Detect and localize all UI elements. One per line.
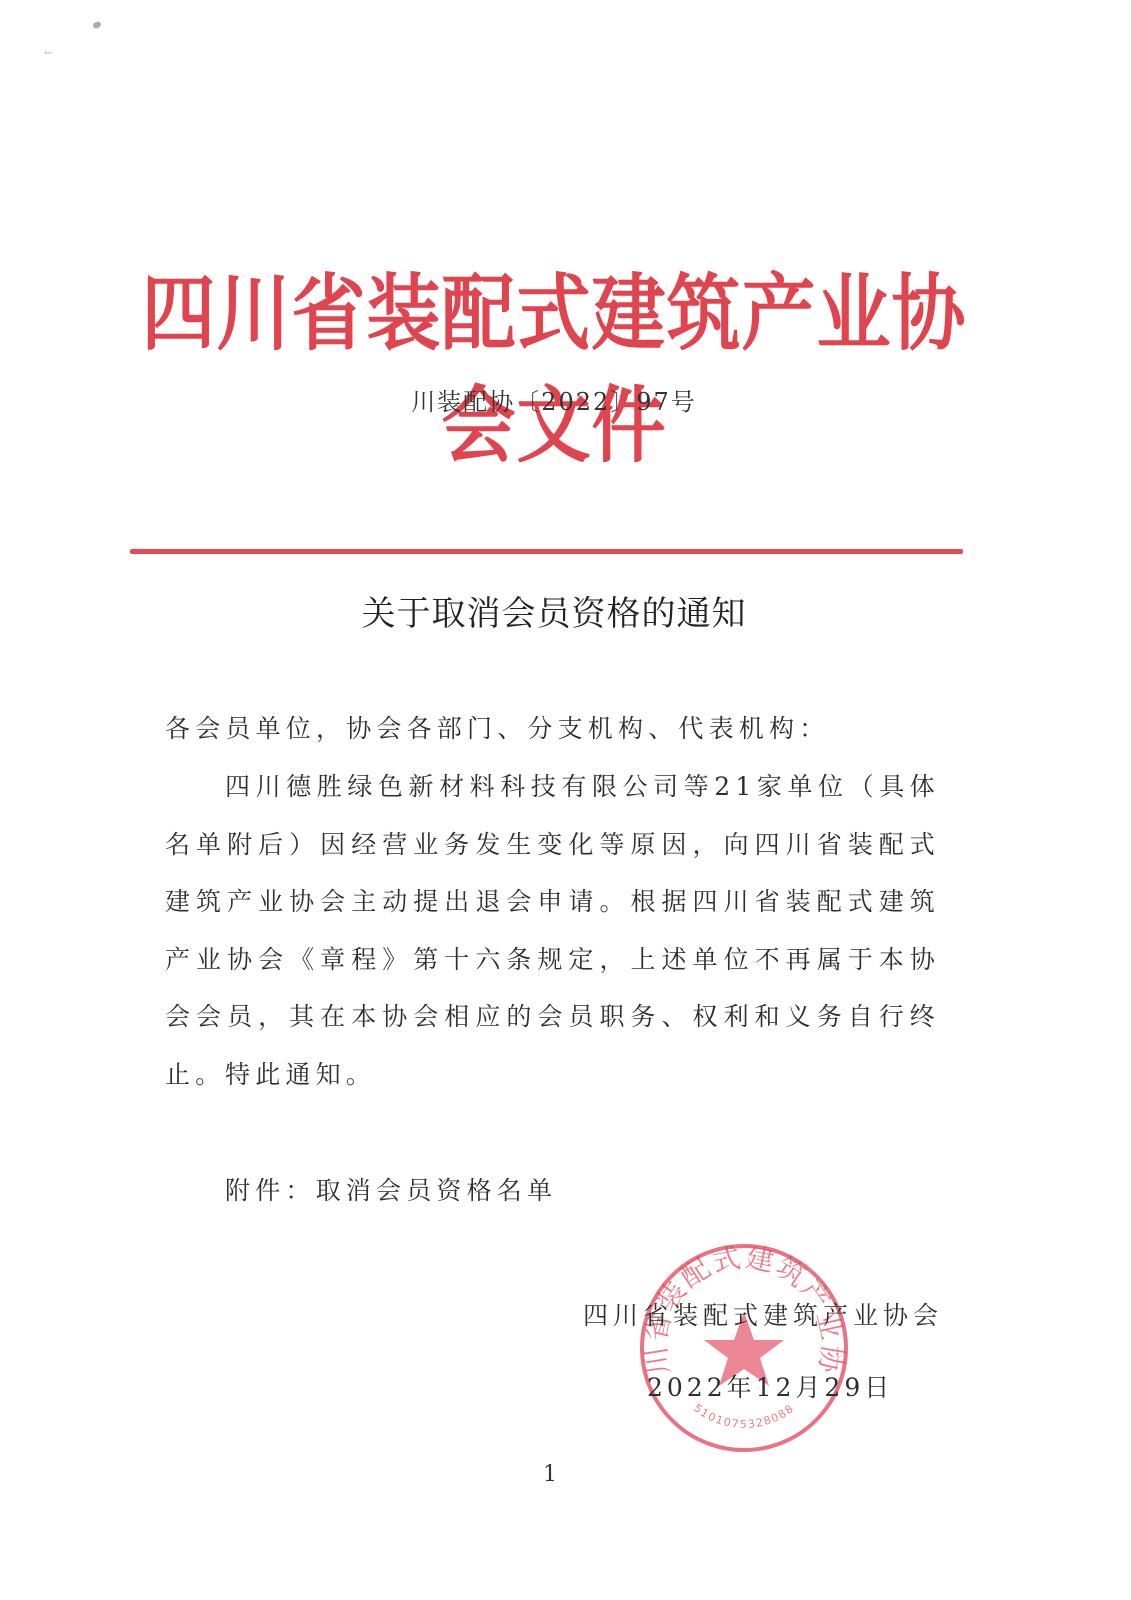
notice-title: 关于取消会员资格的通知 xyxy=(130,586,978,635)
document-number: 川装配协〔2022〕97号 xyxy=(130,382,978,417)
closing-line: 特此通知。 xyxy=(225,1046,1000,1104)
scan-artifact xyxy=(92,21,102,30)
red-divider-rule xyxy=(130,549,963,554)
document-header-title: 四川省装配式建筑产业协会文件 xyxy=(130,258,978,482)
signer-organization: 四川省装配式建筑产业协会 xyxy=(583,1296,943,1332)
seal-code: 5101075328088 xyxy=(691,1402,797,1431)
page-number: 1 xyxy=(535,1462,565,1487)
salutation: 各会员单位，协会各部门、分支机构、代表机构： xyxy=(165,700,940,758)
attachment-line: 附件：取消会员资格名单 xyxy=(225,1162,1000,1220)
svg-text:5101075328088: 5101075328088 xyxy=(691,1402,797,1431)
official-seal-icon: 四川省装配式建筑产业协会 5101075328088 xyxy=(636,1240,852,1456)
issue-date: 2022年12月29日 xyxy=(647,1368,893,1404)
scan-artifact: ← xyxy=(44,48,52,59)
